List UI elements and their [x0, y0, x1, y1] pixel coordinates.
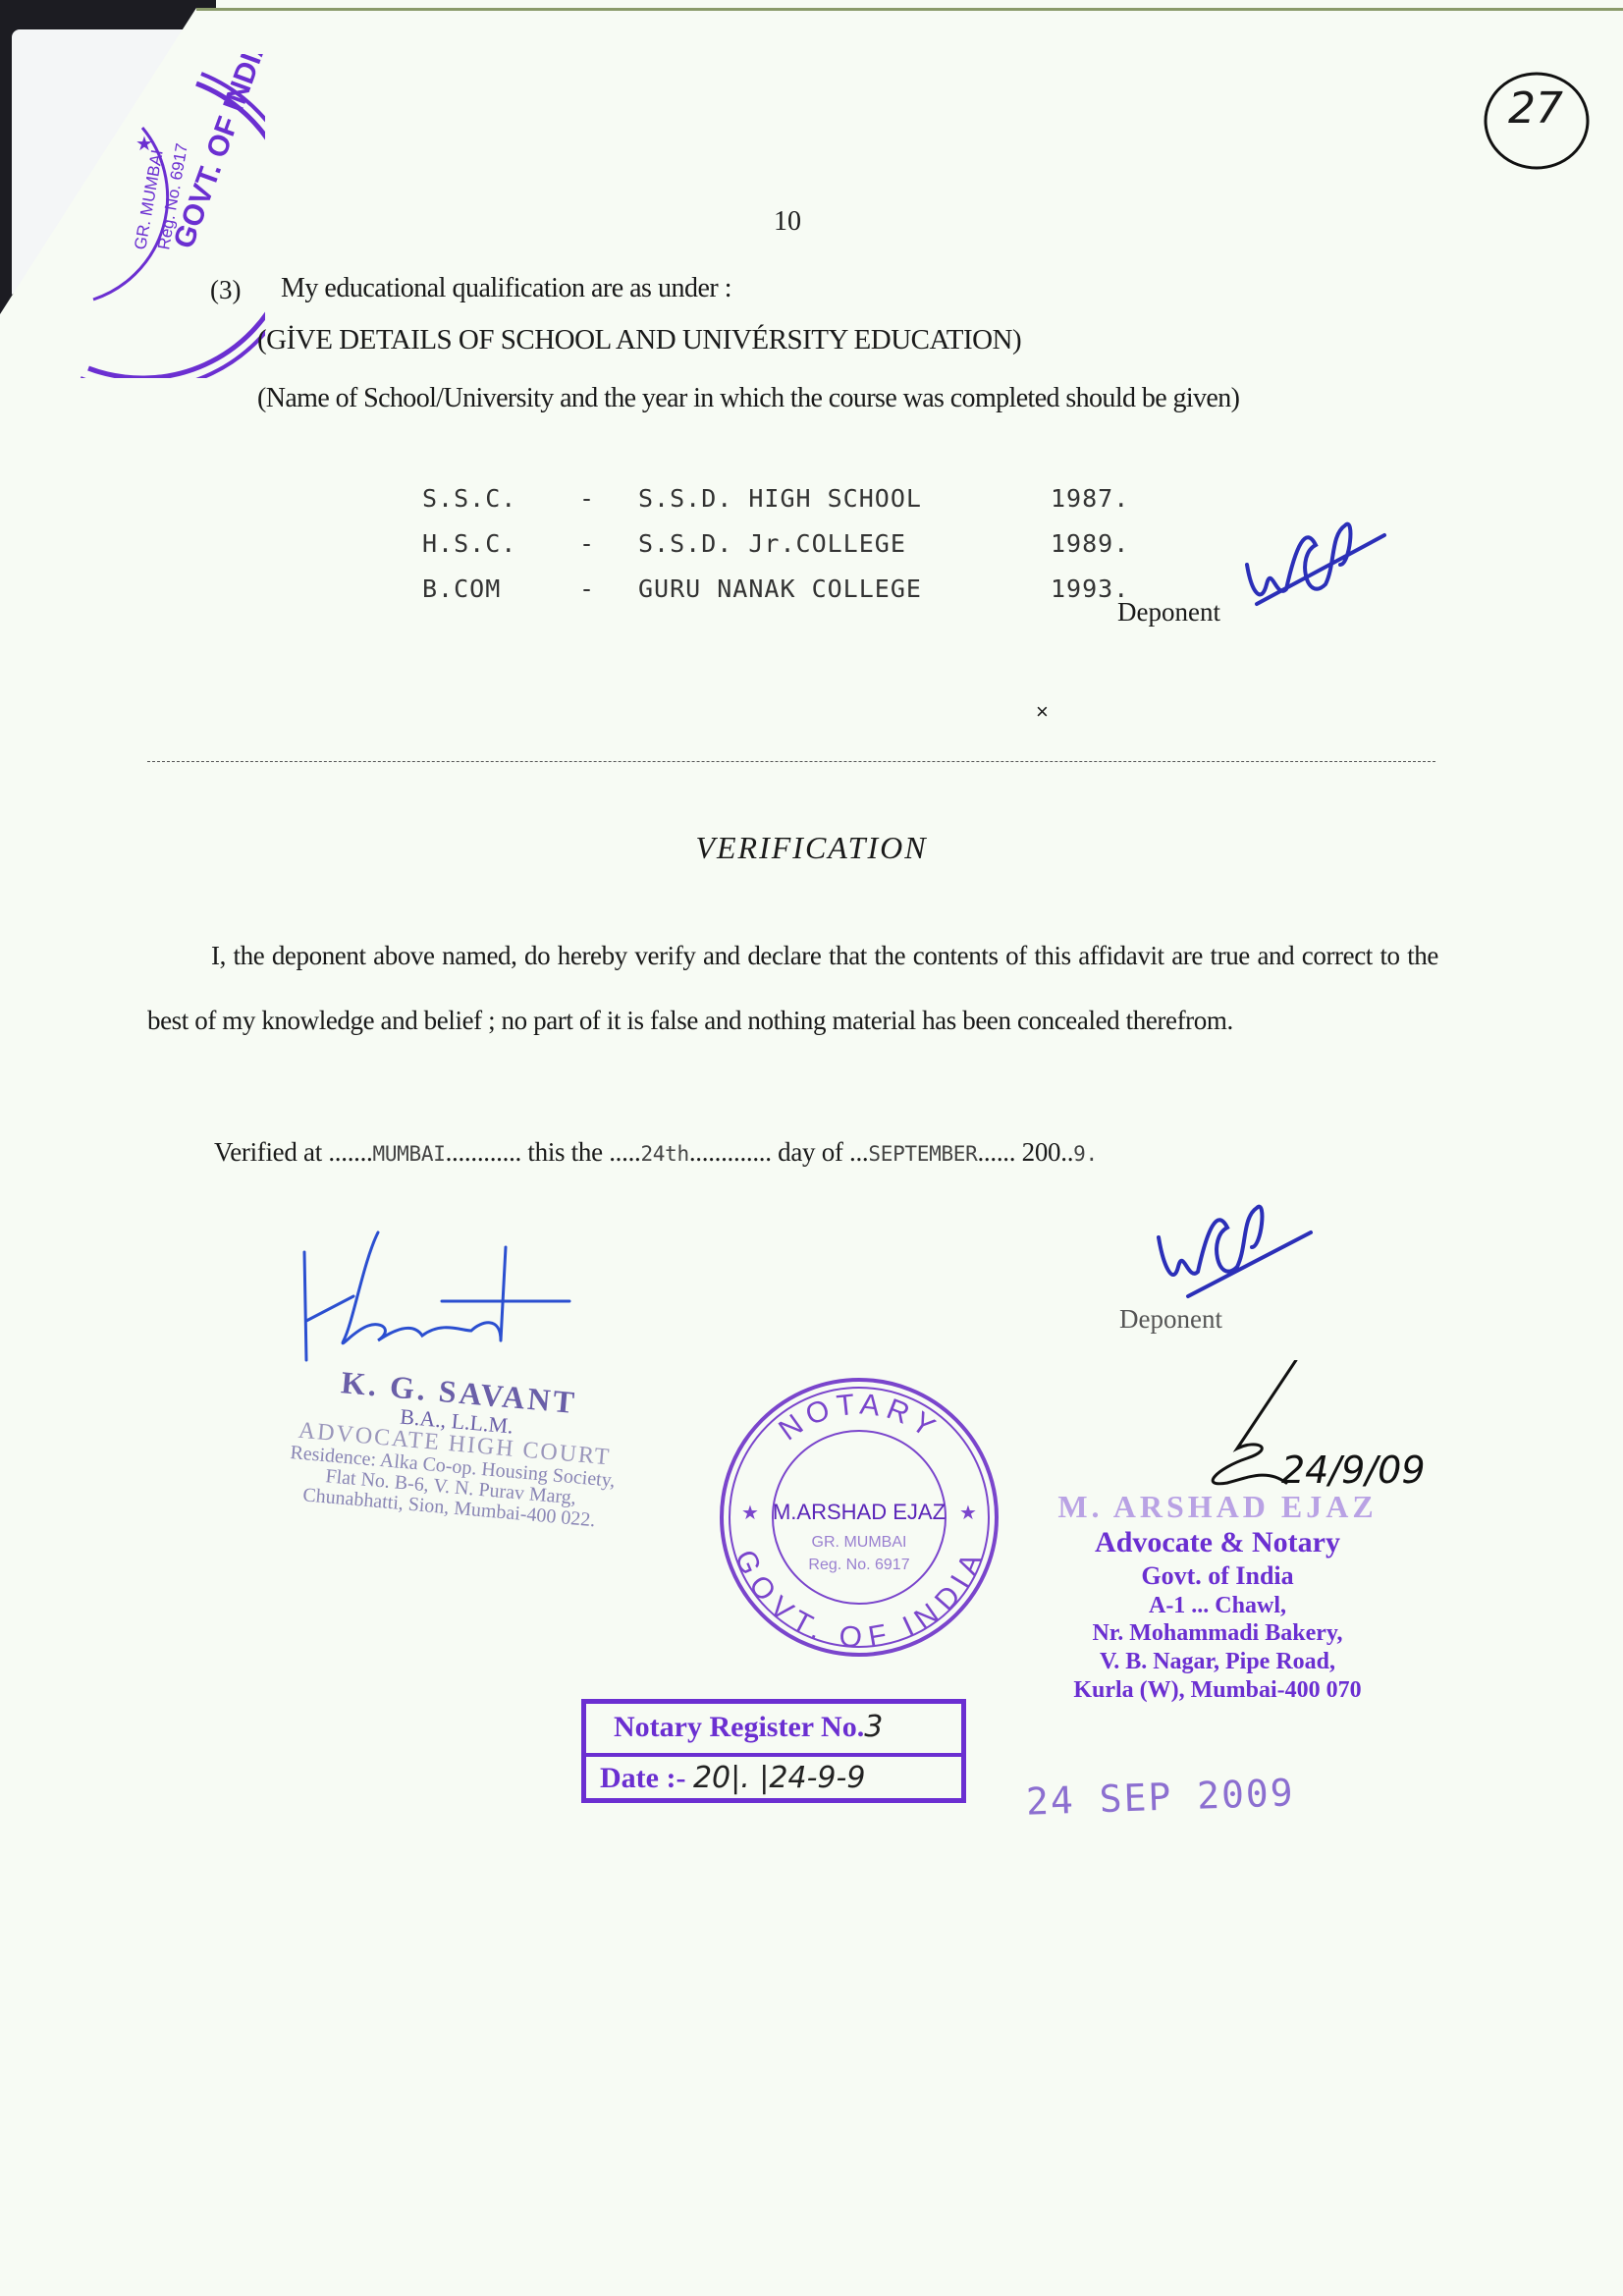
qualifications-list: S.S.C. - S.S.D. HIGH SCHOOL 1987. H.S.C.…	[422, 475, 1168, 611]
notary-address-stamp: M. ARSHAD EJAZ Advocate & Notary Govt. o…	[1021, 1488, 1414, 1705]
month-field: SEPTEMBER	[868, 1142, 977, 1166]
subheading: (GİVE DETAILS OF SCHOOL AND UNIVÉRSITY E…	[257, 324, 1021, 356]
svg-text:NOTARY: NOTARY	[773, 1388, 945, 1447]
year-field: 9.	[1073, 1142, 1098, 1166]
deponent-label: Deponent	[1119, 1304, 1222, 1335]
svg-text:GR. MUMBAI: GR. MUMBAI	[812, 1534, 907, 1551]
govt-seal-icon: GOVT. OF INDIA GR. MUMBAI Reg. No. 6917 …	[69, 54, 265, 378]
day-field: 24th	[640, 1142, 688, 1166]
page-number-circle: 27	[1473, 54, 1600, 182]
deponent-signature-icon	[1149, 1198, 1325, 1306]
intro-text: My educational qualification are as unde…	[281, 273, 731, 304]
svg-text:★: ★	[959, 1503, 977, 1524]
verified-line: Verified at .......MUMBAI............ th…	[214, 1137, 1098, 1168]
instruction-note: (Name of School/University and the year …	[257, 383, 1239, 414]
deponent-label: Deponent	[1117, 597, 1220, 628]
qualification-row: H.S.C. - S.S.D. Jr.COLLEGE 1989.	[422, 520, 1168, 566]
cross-mark: ×	[1036, 699, 1049, 725]
register-number: 3	[864, 1710, 883, 1744]
page-number: 10	[774, 206, 801, 238]
svg-text:★: ★	[135, 134, 153, 155]
page-edge	[196, 8, 1623, 11]
svg-text:M.ARSHAD EJAZ: M.ARSHAD EJAZ	[773, 1500, 946, 1524]
verification-paragraph: I, the deponent above named, do hereby v…	[147, 923, 1438, 1053]
notary-signature-icon: 24/9/09	[1188, 1360, 1424, 1507]
svg-text:★: ★	[741, 1503, 759, 1524]
register-date: 20|. |24-9-9	[693, 1761, 865, 1795]
qualification-row: B.COM - GURU NANAK COLLEGE 1993.	[422, 566, 1168, 611]
deponent-signature-icon	[1237, 506, 1414, 614]
svg-text:Reg. No. 6917: Reg. No. 6917	[808, 1557, 909, 1573]
qualification-row: S.S.C. - S.S.D. HIGH SCHOOL 1987.	[422, 475, 1168, 520]
advocate-signature-icon	[295, 1223, 589, 1370]
notary-seal-icon: NOTARY GOVT. OF INDIA M.ARSHAD EJAZ GR. …	[712, 1370, 1006, 1665]
place-field: MUMBAI	[373, 1142, 446, 1166]
svg-text:24/9/09: 24/9/09	[1281, 1449, 1424, 1492]
notary-register-box: Notary Register No.3 Date :- 20|. |24-9-…	[581, 1699, 966, 1803]
section-marker: (3)	[210, 275, 241, 305]
section-divider	[147, 761, 1435, 762]
verification-title: VERIFICATION	[0, 830, 1623, 866]
